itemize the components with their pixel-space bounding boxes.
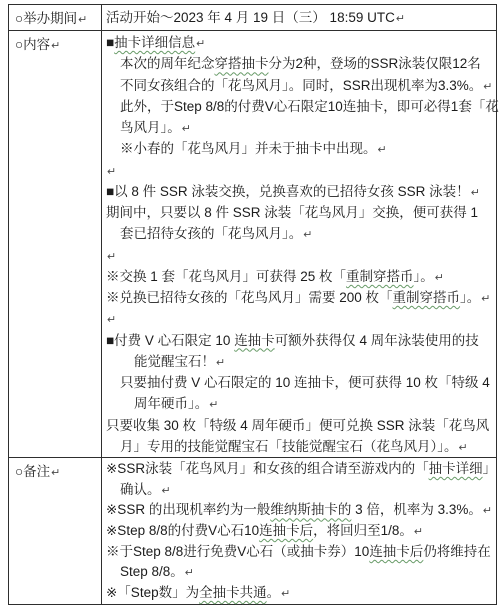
wavy-underlined-text: 连抽卡后 <box>259 523 313 538</box>
paragraph-mark-icon: ↵ <box>414 526 423 538</box>
text-line: 月」专用的技能觉醒宝石「技能觉醒宝石（花鸟风月）」。↵ <box>106 436 494 457</box>
row-header-label: ○内容 <box>15 37 50 52</box>
row-content-period: 活动开始～2023 年 4 月 19 日（三） 18:59 UTC↵ <box>102 5 497 31</box>
text-segment: ，将回归至1/8。 <box>313 523 413 538</box>
text-segment: 仍将维持在 <box>423 544 491 559</box>
text-line: 不同女孩组合的「花鸟风月」。同时，SSR出现机率为3.3%。↵ <box>106 75 494 96</box>
text-segment: 本次的周年纪念 <box>120 56 215 71</box>
paragraph-mark-icon: ↵ <box>378 144 387 156</box>
text-segment: 鸟风月」。 <box>120 120 181 135</box>
text-segment: ※SSR 的出现机率约为一般 <box>106 502 270 517</box>
text-segment: 不同女孩组合的「花鸟风月」。同时，SSR出现机率为3.3%。 <box>120 78 482 93</box>
text-segment: 期间中，只要以 8 件 SSR 泳装「花鸟风月」交换，便可获得 1 <box>106 205 478 220</box>
paragraph-mark-icon: ↵ <box>435 272 444 284</box>
paragraph-mark-icon: ↵ <box>182 123 191 135</box>
text-line: 周年硬币」。↵ <box>106 393 494 414</box>
paragraph-mark-icon: ↵ <box>196 38 205 50</box>
text-segment: 套已招待女孩的「花鸟风月」。 <box>120 226 302 241</box>
text-line: 期间中，只要以 8 件 SSR 泳装「花鸟风月」交换，便可获得 1 <box>106 202 494 223</box>
text-line: Step 8/8。↵ <box>106 562 494 583</box>
row-header-notes: ○备注↵ <box>9 458 102 605</box>
text-segment: Step 8/8。 <box>120 564 184 579</box>
paragraph-mark-icon: ↵ <box>483 505 492 517</box>
paragraph-mark-icon: ↵ <box>107 166 116 178</box>
row-header-label: ○举办期间 <box>15 11 77 26</box>
paragraph-mark-icon: ↵ <box>481 293 490 305</box>
table-row-period: ○举办期间↵活动开始～2023 年 4 月 19 日（三） 18:59 UTC↵ <box>9 5 497 31</box>
row-content-notes: ※SSR泳装「花鸟风月」和女孩的组合请至游戏内的「抽卡详细」确认。↵※SSR 的… <box>102 458 497 605</box>
paragraph-mark-icon: ↵ <box>185 567 194 579</box>
text-segment: 」。 <box>414 269 434 284</box>
paragraph-mark-icon: ↵ <box>396 13 405 25</box>
text-line: ■抽卡详细信息↵ <box>106 32 494 53</box>
paragraph-mark-icon: ↵ <box>209 399 218 411</box>
paragraph-mark-icon: ↵ <box>51 40 60 52</box>
text-segment: 」。 <box>460 290 480 305</box>
wavy-underlined-text: 穿搭抽卡 <box>215 56 269 71</box>
paragraph-mark-icon: ↵ <box>216 357 225 369</box>
table-row-content: ○内容↵■抽卡详细信息↵本次的周年纪念穿搭抽卡分为2种，登场的SSR泳装仅限12… <box>9 31 497 458</box>
event-info-table: ○举办期间↵活动开始～2023 年 4 月 19 日（三） 18:59 UTC↵… <box>8 4 497 605</box>
wavy-underlined-text: 重制穿搭币 <box>393 290 461 305</box>
text-line: 鸟风月」。↵ <box>106 117 494 138</box>
text-line: ■付费 V 心石限定 10 连抽卡可额外获得仅 4 周年泳装使用的技 <box>106 330 494 351</box>
text-line: ※于Step 8/8进行免费V心石（或抽卡券）10连抽卡后仍将维持在 <box>106 542 494 563</box>
text-line: ■以 8 件 SSR 泳装交换，兑换喜欢的已招待女孩 SSR 泳装！↵ <box>106 181 494 202</box>
text-segment: ※于Step 8/8进行免费V心石（或抽卡券）10 <box>106 544 369 559</box>
paragraph-mark-icon: ↵ <box>281 588 290 600</box>
paragraph-mark-icon: ↵ <box>303 229 312 241</box>
text-segment: 」 <box>483 461 497 476</box>
text-segment: ※「Step数」为 <box>106 585 199 600</box>
wavy-underlined-text: 抽卡详细 <box>429 461 483 476</box>
text-line: ※SSR 的出现机率约为一般维纳斯抽卡的 3 倍，机率为 3.3%。↵ <box>106 500 494 521</box>
wavy-underlined-text: 连抽卡后 <box>369 544 423 559</box>
text-segment: ※交换 1 套「花鸟风月」可获得 25 枚「 <box>106 269 346 284</box>
text-line: ↵ <box>106 245 494 266</box>
text-segment: 能觉醒宝石！ <box>134 354 215 369</box>
text-line: 本次的周年纪念穿搭抽卡分为2种，登场的SSR泳装仅限12名 <box>106 53 494 74</box>
text-line: 套已招待女孩的「花鸟风月」。↵ <box>106 223 494 244</box>
row-header-label: ○备注 <box>15 464 50 479</box>
text-segment: 月」专用的技能觉醒宝石「技能觉醒宝石（花鸟风月）」。 <box>120 439 458 454</box>
text-segment: 只要抽付费 V 心石限定的 10 连抽卡，便可获得 10 枚「特级 4 <box>120 375 490 390</box>
text-line: 此外，于Step 8/8的付费V心石限定10连抽卡，即可必得1套「花 <box>106 96 494 117</box>
wavy-underlined-text: 连抽卡 <box>234 333 275 348</box>
text-segment: ※SSR泳装「花鸟风月」和女孩的组合请至游戏内的「 <box>106 461 429 476</box>
row-header-period: ○举办期间↵ <box>9 5 102 31</box>
text-line: ※「Step数」为全抽卡共通。↵ <box>106 583 494 604</box>
text-segment: ■付费 V 心石限定 10 <box>106 333 234 348</box>
text-line: ※Step 8/8的付费V心石10连抽卡后，将回归至1/8。↵ <box>106 521 494 542</box>
text-segment: ■以 8 件 SSR 泳装交换，兑换喜欢的已招待女孩 SSR 泳装！ <box>106 184 470 199</box>
paragraph-mark-icon: ↵ <box>51 467 60 479</box>
table-row-notes: ○备注↵※SSR泳装「花鸟风月」和女孩的组合请至游戏内的「抽卡详细」确认。↵※S… <box>9 458 497 605</box>
text-segment: 此外，于Step 8/8的付费V心石限定10连抽卡，即可必得1套「花 <box>120 99 499 114</box>
wavy-underlined-text: 维纳斯抽卡的 <box>270 502 351 517</box>
text-segment: ■ <box>106 35 114 50</box>
row-content-content: ■抽卡详细信息↵本次的周年纪念穿搭抽卡分为2种，登场的SSR泳装仅限12名不同女… <box>102 31 497 458</box>
text-segment: 3 倍，机率为 3.3%。 <box>351 502 482 517</box>
text-segment: 确认。 <box>120 482 161 497</box>
document-page: ○举办期间↵活动开始～2023 年 4 月 19 日（三） 18:59 UTC↵… <box>0 0 500 606</box>
text-line: ※小春的「花鸟风月」并未于抽卡中出现。↵ <box>106 138 494 159</box>
text-segment: 周年硬币」。 <box>134 396 208 411</box>
text-line: 确认。↵ <box>106 480 494 501</box>
text-segment: 活动开始～2023 年 4 月 19 日（三） 18:59 UTC <box>106 10 395 25</box>
text-line: 只要抽付费 V 心石限定的 10 连抽卡，便可获得 10 枚「特级 4 <box>106 372 494 393</box>
text-segment: 。 <box>267 585 281 600</box>
text-segment: 只要收集 30 枚「特级 4 周年硬币」便可兑换 SSR 泳装「花鸟风 <box>106 418 489 433</box>
text-line: 只要收集 30 枚「特级 4 周年硬币」便可兑换 SSR 泳装「花鸟风 <box>106 415 494 436</box>
paragraph-mark-icon: ↵ <box>471 187 480 199</box>
paragraph-mark-icon: ↵ <box>107 314 116 326</box>
text-line: ↵ <box>106 308 494 329</box>
text-line: ↵ <box>106 160 494 181</box>
text-segment: ※兑换已招待女孩的「花鸟风月」需要 200 枚「 <box>106 290 393 305</box>
text-segment: 可额外获得仅 4 周年泳装使用的技 <box>275 333 479 348</box>
paragraph-mark-icon: ↵ <box>78 14 87 26</box>
paragraph-mark-icon: ↵ <box>107 251 116 263</box>
text-segment: ※Step 8/8的付费V心石10 <box>106 523 259 538</box>
wavy-underlined-text: 全抽卡共通 <box>199 585 267 600</box>
text-line: 活动开始～2023 年 4 月 19 日（三） 18:59 UTC↵ <box>106 6 494 29</box>
paragraph-mark-icon: ↵ <box>483 81 492 93</box>
text-segment: 分为2种，登场的SSR泳装仅限12名 <box>269 56 481 71</box>
text-line: ※SSR泳装「花鸟风月」和女孩的组合请至游戏内的「抽卡详细」 <box>106 459 494 480</box>
paragraph-mark-icon: ↵ <box>162 485 171 497</box>
text-line: 能觉醒宝石！↵ <box>106 351 494 372</box>
text-line: ※兑换已招待女孩的「花鸟风月」需要 200 枚「重制穿搭币」。↵ <box>106 287 494 308</box>
text-line: ※交换 1 套「花鸟风月」可获得 25 枚「重制穿搭币」。↵ <box>106 266 494 287</box>
paragraph-mark-icon: ↵ <box>459 442 468 454</box>
text-segment: ※小春的「花鸟风月」并未于抽卡中出现。 <box>120 141 377 156</box>
wavy-underlined-text: 抽卡详细信息 <box>114 35 195 50</box>
row-header-content: ○内容↵ <box>9 31 102 458</box>
wavy-underlined-text: 重制穿搭币 <box>346 269 414 284</box>
